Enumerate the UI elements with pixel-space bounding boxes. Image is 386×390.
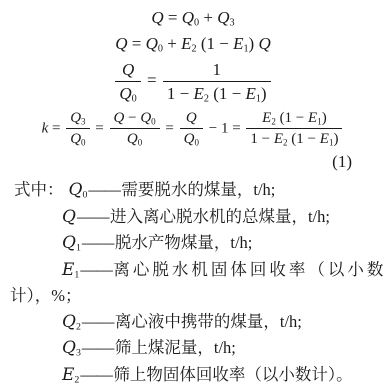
math-text: Q: [217, 8, 229, 27]
fraction-denominator: Q0: [180, 129, 203, 149]
math-text: Q: [70, 131, 81, 147]
subscript: 0: [151, 116, 156, 126]
definition-dash: ——: [88, 180, 120, 199]
math-text: Q: [127, 131, 138, 147]
fraction-numerator: E2 (1 − E1): [246, 109, 342, 130]
math-text: 1: [212, 60, 221, 79]
definition-row: Q1——脱水产物煤量，t/h;: [8, 230, 378, 257]
variable-term: Q: [62, 338, 76, 358]
math-text: =: [92, 120, 108, 136]
variable-term: Q: [62, 207, 76, 227]
fraction-numerator: Q: [180, 109, 203, 130]
math-text: (1 −: [197, 34, 234, 53]
math-text: ): [333, 131, 338, 147]
math-text: Q: [140, 110, 151, 126]
math-text: E: [233, 34, 243, 53]
variable-term: E: [62, 260, 74, 280]
math-text: ): [249, 34, 259, 53]
definition-wrap-line: 计），%；: [8, 283, 378, 309]
fraction-numerator: Q3: [66, 109, 89, 130]
math-text: E: [262, 110, 271, 126]
definition-text: 离心脱水机固体回收率（以小数: [113, 260, 386, 279]
subscript: 0: [132, 94, 137, 105]
math-text: (1 −: [288, 131, 320, 147]
math-text: +: [199, 8, 217, 27]
eq-recirculation: Q = Q0 + E2 (1 − E1) Q: [8, 33, 378, 55]
definition-row: 式中：Q0——需要脱水的煤量，t/h;: [8, 177, 378, 204]
definitions-intro-label: 式中：: [14, 180, 64, 199]
fraction-numerator: Q − Q0: [110, 109, 160, 130]
variable-term: E: [62, 365, 74, 385]
subscript: 3: [230, 18, 235, 29]
subscript: 0: [82, 190, 87, 201]
math-text: Q: [70, 110, 81, 126]
variable-term: Q: [62, 233, 76, 253]
definition-dash: ——: [80, 365, 112, 384]
fraction-denominator: Q0: [115, 82, 140, 104]
eq-ratio: QQ0 = 11 − E2 (1 − E1): [8, 59, 378, 105]
fraction-denominator: Q0: [110, 129, 160, 149]
math-text: ): [261, 84, 267, 103]
definition-text: 需要脱水的煤量，t/h;: [121, 180, 275, 199]
math-text: Q: [146, 34, 158, 53]
subscript: 0: [194, 138, 199, 148]
fraction-denominator: Q0: [66, 129, 89, 149]
fraction-numerator: Q: [115, 59, 140, 82]
document-page: Q = Q0 + Q3Q = Q0 + E2 (1 − E1) QQQ0 = 1…: [0, 0, 386, 390]
math-text: E: [245, 84, 255, 103]
definition-dash: ——: [82, 312, 114, 331]
fraction: QQ0: [180, 109, 203, 150]
math-text: E: [308, 110, 317, 126]
math-text: =: [143, 71, 161, 90]
definition-text: 脱水产物煤量，t/h;: [115, 233, 253, 252]
math-text: Q: [119, 84, 131, 103]
eq-k-coefficient: k = Q3Q0 = Q − Q0Q0 = QQ0 − 1 = E2 (1 − …: [8, 109, 378, 150]
math-text: 1 −: [167, 84, 194, 103]
definition-dash: ——: [80, 260, 112, 279]
fraction-denominator: 1 − E2 (1 − E1): [163, 82, 271, 104]
math-text: Q: [151, 8, 163, 27]
fraction-numerator: 1: [163, 59, 271, 82]
math-text: Q: [114, 110, 125, 126]
definition-dash: ——: [82, 338, 114, 357]
math-text: E: [320, 131, 329, 147]
math-text: Q: [186, 110, 197, 126]
fraction: QQ0: [115, 59, 140, 105]
definition-row: E2——筛上物固体回收率（以小数计）。: [8, 362, 378, 389]
fraction: Q − Q0Q0: [110, 109, 160, 150]
definition-dash: ——: [77, 207, 109, 226]
definitions-block: 式中：Q0——需要脱水的煤量，t/h;Q——进入离心脱水机的总煤量，t/h;Q1…: [8, 177, 378, 388]
subscript: 0: [138, 138, 143, 148]
subscript: 3: [81, 116, 86, 126]
subscript: 3: [76, 348, 81, 359]
definition-row: Q2——离心液中携带的煤量，t/h;: [8, 309, 378, 336]
math-text: (1 −: [276, 110, 308, 126]
math-text: =: [162, 120, 178, 136]
math-text: ): [322, 110, 327, 126]
math-text: =: [164, 8, 182, 27]
subscript: 2: [76, 321, 81, 332]
math-text: Q: [122, 60, 134, 79]
subscript: 1: [76, 243, 81, 254]
definition-row: Q——进入离心脱水机的总煤量，t/h;: [8, 204, 378, 231]
math-text: =: [48, 120, 64, 136]
subscript: 1: [74, 269, 79, 280]
definition-row: E1——离心脱水机固体回收率（以小数: [8, 257, 378, 284]
math-text: (1 −: [209, 84, 246, 103]
math-text: E: [193, 84, 203, 103]
variable-term: Q: [62, 312, 76, 332]
math-text: E: [181, 34, 191, 53]
fraction-denominator: 1 − E2 (1 − E1): [246, 129, 342, 149]
math-text: Q: [182, 8, 194, 27]
fraction: 11 − E2 (1 − E1): [163, 59, 271, 105]
fraction: E2 (1 − E1)1 − E2 (1 − E1): [246, 109, 342, 150]
eq-total-feed: Q = Q0 + Q3: [8, 7, 378, 29]
definition-text: 离心液中携带的煤量，t/h;: [115, 312, 302, 331]
math-text: Q: [115, 34, 127, 53]
equation-number: (1): [8, 152, 378, 172]
definition-text: 筛上物固体回收率（以小数计）。: [113, 365, 352, 384]
definition-text: 进入离心脱水机的总煤量，t/h;: [110, 207, 330, 226]
definition-text: 筛上煤泥量，t/h;: [115, 338, 236, 357]
math-text: Q: [258, 34, 270, 53]
math-text: − 1 =: [205, 120, 244, 136]
math-text: E: [274, 131, 283, 147]
subscript: 2: [74, 374, 79, 385]
definition-row: Q3——筛上煤泥量，t/h;: [8, 335, 378, 362]
math-text: −: [124, 110, 140, 126]
variable-term: Q: [69, 180, 83, 200]
math-text: Q: [184, 131, 195, 147]
equation-block: Q = Q0 + Q3Q = Q0 + E2 (1 − E1) QQQ0 = 1…: [8, 7, 378, 149]
fraction: Q3Q0: [66, 109, 89, 150]
math-text: +: [163, 34, 181, 53]
math-text: =: [128, 34, 146, 53]
definition-dash: ——: [82, 233, 114, 252]
math-text: 1 −: [250, 131, 273, 147]
subscript: 0: [81, 138, 86, 148]
